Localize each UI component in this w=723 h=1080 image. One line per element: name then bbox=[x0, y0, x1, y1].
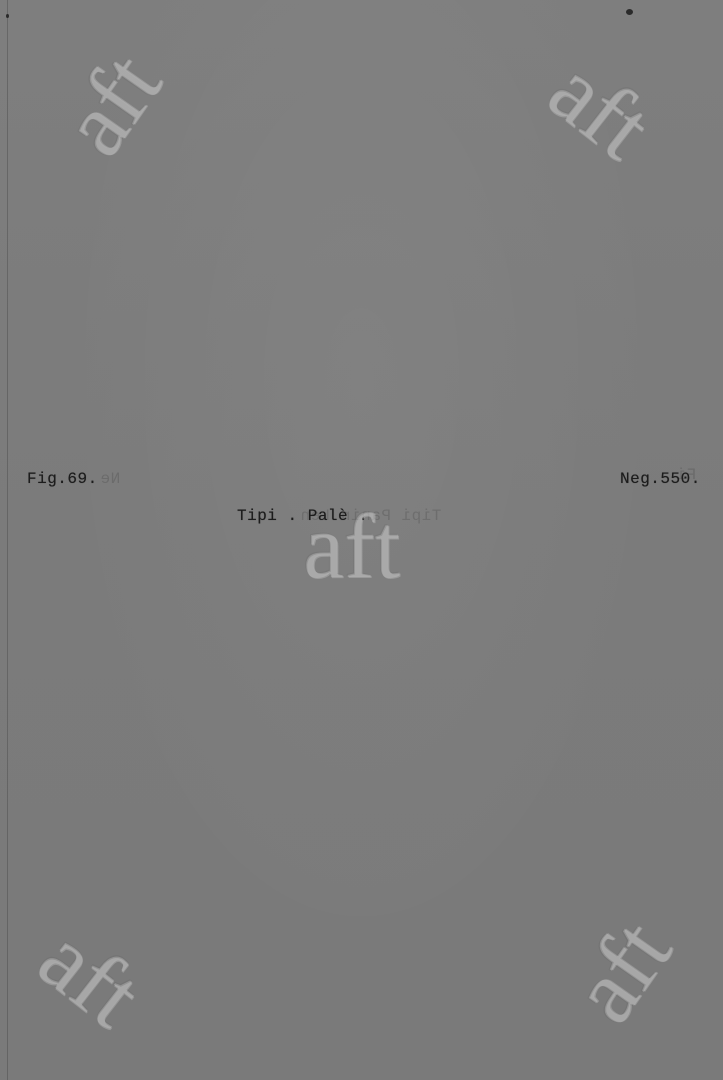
dust-speck bbox=[6, 14, 9, 18]
dust-speck bbox=[626, 9, 633, 15]
watermark-bottom-right: aft bbox=[555, 905, 686, 1037]
figure-label: Fig.69. bbox=[27, 470, 98, 488]
page-edge-line bbox=[7, 0, 8, 1080]
watermark-top-left: aft bbox=[45, 38, 176, 170]
bleed-through-figure: Ne bbox=[100, 470, 120, 488]
watermark-center: aft bbox=[303, 500, 400, 592]
watermark-top-right: aft bbox=[534, 42, 667, 174]
watermark-bottom-left: aft bbox=[24, 910, 157, 1042]
scanned-document-page: Tipi Panin Len Ne Fi Fig.69. Neg.550. Ti… bbox=[0, 0, 723, 1080]
negative-label: Neg.550. bbox=[620, 470, 701, 488]
